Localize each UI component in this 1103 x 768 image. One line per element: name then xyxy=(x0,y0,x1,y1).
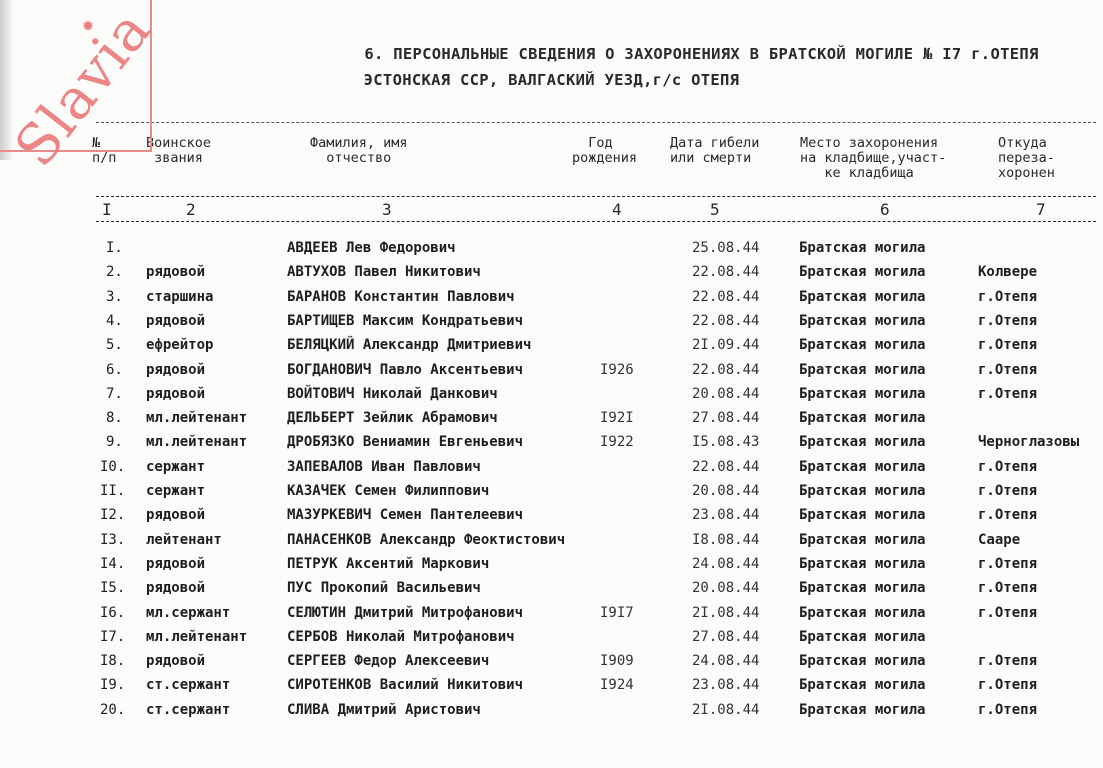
rank-cell: рядовой xyxy=(146,358,205,382)
table-row: 5.ефрейторБЕЛЯЦКИЙ Александр Дмитриевич2… xyxy=(0,333,1103,357)
reburied-from-cell: г.Отепя xyxy=(978,382,1037,406)
full-name-cell: ПАНАСЕНКОВ Александр Феоктистович xyxy=(287,528,565,552)
death-date-cell: 27.08.44 xyxy=(692,625,759,649)
row-number: I0. xyxy=(100,455,125,479)
reburied-from-cell: г.Отепя xyxy=(978,358,1037,382)
rank-cell: мл.лейтенант xyxy=(146,406,247,430)
death-date-cell: 22.08.44 xyxy=(692,455,759,479)
rank-cell: мл.сержант xyxy=(146,601,230,625)
rank-cell: рядовой xyxy=(146,576,205,600)
row-number: II. xyxy=(100,479,125,503)
full-name-cell: ЗАПЕВАЛОВ Иван Павлович xyxy=(287,455,481,479)
table-row: 3.старшинаБАРАНОВ Константин Павлович22.… xyxy=(0,285,1103,309)
reburied-from-cell: г.Отепя xyxy=(978,649,1037,673)
burial-place-cell: Братская могила xyxy=(799,528,925,552)
table-row: 20.ст.сержантСЛИВА Дмитрий Аристович2I.0… xyxy=(0,698,1103,722)
death-date-cell: 2I.08.44 xyxy=(692,698,759,722)
table-row: 2.рядовойАВТУХОВ Павел Никитович22.08.44… xyxy=(0,260,1103,284)
burial-place-cell: Братская могила xyxy=(799,576,925,600)
burial-place-cell: Братская могила xyxy=(799,479,925,503)
row-number: 9. xyxy=(106,430,123,454)
row-number: 6. xyxy=(106,358,123,382)
burial-place-cell: Братская могила xyxy=(799,382,925,406)
column-number-2: 2 xyxy=(186,200,196,219)
burial-place-cell: Братская могила xyxy=(799,625,925,649)
death-date-cell: 22.08.44 xyxy=(692,309,759,333)
row-number: I3. xyxy=(100,528,125,552)
rank-cell: ст.сержант xyxy=(146,673,230,697)
table-row: I8.рядовойСЕРГЕЕВ Федор АлексеевичI90924… xyxy=(0,649,1103,673)
row-number: I9. xyxy=(100,673,125,697)
table-row: I4.рядовойПЕТРУК Аксентий Маркович24.08.… xyxy=(0,552,1103,576)
burial-place-cell: Братская могила xyxy=(799,552,925,576)
birth-year-cell: I909 xyxy=(600,649,634,673)
header-bottom-rule xyxy=(96,221,1096,222)
death-date-cell: 23.08.44 xyxy=(692,673,759,697)
rank-cell: старшина xyxy=(146,285,213,309)
column-number-6: 6 xyxy=(880,200,890,219)
table-row: I2.рядовойМАЗУРКЕВИЧ Семен Пантелеевич23… xyxy=(0,503,1103,527)
rank-cell: ефрейтор xyxy=(146,333,213,357)
burial-place-cell: Братская могила xyxy=(799,503,925,527)
row-number: 20. xyxy=(100,698,125,722)
table-row: 8.мл.лейтенантДЕЛЬБЕРТ Зейлик АбрамовичI… xyxy=(0,406,1103,430)
burial-place-cell: Братская могила xyxy=(799,333,925,357)
burial-place-cell: Братская могила xyxy=(799,455,925,479)
row-number: I. xyxy=(106,236,123,260)
burial-place-cell: Братская могила xyxy=(799,358,925,382)
rank-cell: сержант xyxy=(146,479,205,503)
row-number: I8. xyxy=(100,649,125,673)
full-name-cell: ДЕЛЬБЕРТ Зейлик Абрамович xyxy=(287,406,498,430)
death-date-cell: I8.08.44 xyxy=(692,528,759,552)
burial-place-cell: Братская могила xyxy=(799,601,925,625)
full-name-cell: АВТУХОВ Павел Никитович xyxy=(287,260,481,284)
table-row: I3.лейтенантПАНАСЕНКОВ Александр Феоктис… xyxy=(0,528,1103,552)
burial-place-cell: Братская могила xyxy=(799,430,925,454)
table-row: I.АВДЕЕВ Лев Федорович25.08.44Братская м… xyxy=(0,236,1103,260)
rank-cell: мл.лейтенант xyxy=(146,625,247,649)
death-date-cell: 20.08.44 xyxy=(692,382,759,406)
header-full-name: Фамилия, имя отчество xyxy=(310,136,408,166)
rank-cell: рядовой xyxy=(146,503,205,527)
row-number: 8. xyxy=(106,406,123,430)
death-date-cell: 24.08.44 xyxy=(692,649,759,673)
rank-cell: рядовой xyxy=(146,309,205,333)
table-row: 9.мл.лейтенантДРОБЯЗКО Вениамин Евгеньев… xyxy=(0,430,1103,454)
full-name-cell: СЕРГЕЕВ Федор Алексеевич xyxy=(287,649,489,673)
rank-cell: рядовой xyxy=(146,649,205,673)
watermark-stamp: ✹ Slavia xyxy=(0,0,152,152)
full-name-cell: ПУС Прокопий Васильевич xyxy=(287,576,481,600)
death-date-cell: 27.08.44 xyxy=(692,406,759,430)
rank-cell: ст.сержант xyxy=(146,698,230,722)
row-number: 3. xyxy=(106,285,123,309)
reburied-from-cell: г.Отепя xyxy=(978,455,1037,479)
table-row: II.сержантКАЗАЧЕК Семен Филиппович20.08.… xyxy=(0,479,1103,503)
rank-cell: мл.лейтенант xyxy=(146,430,247,454)
table-row: I6.мл.сержантСЕЛЮТИН Дмитрий Митрофанови… xyxy=(0,601,1103,625)
full-name-cell: СИРОТЕНКОВ Василий Никитович xyxy=(287,673,523,697)
row-number: I2. xyxy=(100,503,125,527)
burial-place-cell: Братская могила xyxy=(799,649,925,673)
burial-place-cell: Братская могила xyxy=(799,673,925,697)
column-number-3: 3 xyxy=(382,200,392,219)
burial-place-cell: Братская могила xyxy=(799,285,925,309)
full-name-cell: БАРАНОВ Константин Павлович xyxy=(287,285,515,309)
reburied-from-cell: г.Отепя xyxy=(978,479,1037,503)
birth-year-cell: I922 xyxy=(600,430,634,454)
row-number: 7. xyxy=(106,382,123,406)
death-date-cell: 22.08.44 xyxy=(692,358,759,382)
reburied-from-cell: г.Отепя xyxy=(978,333,1037,357)
rank-cell: сержант xyxy=(146,455,205,479)
row-number: I5. xyxy=(100,576,125,600)
burial-place-cell: Братская могила xyxy=(799,698,925,722)
death-date-cell: 22.08.44 xyxy=(692,285,759,309)
header-rank: Воинское звания xyxy=(146,136,211,166)
row-number: 2. xyxy=(106,260,123,284)
column-number-5: 5 xyxy=(710,200,720,219)
full-name-cell: БЕЛЯЦКИЙ Александр Дмитриевич xyxy=(287,333,531,357)
death-date-cell: I5.08.43 xyxy=(692,430,759,454)
reburied-from-cell: Черноглазовы xyxy=(978,430,1079,454)
document-title: 6. ПЕРСОНАЛЬНЫЕ СВЕДЕНИЯ О ЗАХОРОНЕНИЯХ … xyxy=(150,45,1103,63)
reburied-from-cell: Сааре xyxy=(978,528,1020,552)
header-reburied-from: Откуда переза- хоронен xyxy=(998,136,1055,181)
death-date-cell: 20.08.44 xyxy=(692,576,759,600)
row-number: 4. xyxy=(106,309,123,333)
reburied-from-cell: г.Отепя xyxy=(978,673,1037,697)
burial-place-cell: Братская могила xyxy=(799,406,925,430)
row-number: I4. xyxy=(100,552,125,576)
row-number: I7. xyxy=(100,625,125,649)
rank-cell: рядовой xyxy=(146,552,205,576)
reburied-from-cell: г.Отепя xyxy=(978,552,1037,576)
full-name-cell: ВОЙТОВИЧ Николай Данкович xyxy=(287,382,498,406)
full-name-cell: СЛИВА Дмитрий Аристович xyxy=(287,698,481,722)
rank-cell: лейтенант xyxy=(146,528,222,552)
full-name-cell: БОГДАНОВИЧ Павло Аксентьевич xyxy=(287,358,523,382)
table-row: 4.рядовойБАРТИЩЕВ Максим Кондратьевич22.… xyxy=(0,309,1103,333)
table-row: I0.сержантЗАПЕВАЛОВ Иван Павлович22.08.4… xyxy=(0,455,1103,479)
reburied-from-cell: г.Отепя xyxy=(978,698,1037,722)
death-date-cell: 20.08.44 xyxy=(692,479,759,503)
full-name-cell: МАЗУРКЕВИЧ Семен Пантелеевич xyxy=(287,503,523,527)
death-date-cell: 24.08.44 xyxy=(692,552,759,576)
table-row: I5.рядовойПУС Прокопий Васильевич20.08.4… xyxy=(0,576,1103,600)
reburied-from-cell: Колвере xyxy=(978,260,1037,284)
rank-cell: рядовой xyxy=(146,260,205,284)
header-top-rule xyxy=(96,122,1096,123)
header-middle-rule xyxy=(96,196,1096,197)
row-number: 5. xyxy=(106,333,123,357)
death-date-cell: 25.08.44 xyxy=(692,236,759,260)
row-number: I6. xyxy=(100,601,125,625)
death-date-cell: 22.08.44 xyxy=(692,260,759,284)
reburied-from-cell: г.Отепя xyxy=(978,503,1037,527)
death-date-cell: 23.08.44 xyxy=(692,503,759,527)
reburied-from-cell: г.Отепя xyxy=(978,576,1037,600)
full-name-cell: АВДЕЕВ Лев Федорович xyxy=(287,236,456,260)
column-number-7: 7 xyxy=(1036,200,1046,219)
table-row: 7.рядовойВОЙТОВИЧ Николай Данкович20.08.… xyxy=(0,382,1103,406)
birth-year-cell: I92I xyxy=(600,406,634,430)
burial-place-cell: Братская могила xyxy=(799,309,925,333)
full-name-cell: ПЕТРУК Аксентий Маркович xyxy=(287,552,489,576)
table-row: I9.ст.сержантСИРОТЕНКОВ Василий Никитови… xyxy=(0,673,1103,697)
birth-year-cell: I9I7 xyxy=(600,601,634,625)
birth-year-cell: I924 xyxy=(600,673,634,697)
burial-place-cell: Братская могила xyxy=(799,260,925,284)
document-subtitle: ЭСТОНСКАЯ ССР, ВАЛГАСКИЙ УЕЗД,г/с ОТЕПЯ xyxy=(0,71,1103,89)
full-name-cell: ДРОБЯЗКО Вениамин Евгеньевич xyxy=(287,430,523,454)
header-birth-year: Год рождения xyxy=(572,136,637,166)
header-death-date: Дата гибели или смерти xyxy=(670,136,759,166)
rank-cell: рядовой xyxy=(146,382,205,406)
table-row: 6.рядовойБОГДАНОВИЧ Павло АксентьевичI92… xyxy=(0,358,1103,382)
table-row: I7.мл.лейтенантСЕРБОВ Николай Митрофанов… xyxy=(0,625,1103,649)
reburied-from-cell: г.Отепя xyxy=(978,309,1037,333)
full-name-cell: КАЗАЧЕК Семен Филиппович xyxy=(287,479,489,503)
header-burial-place: Место захоронения на кладбище,участ- ке … xyxy=(800,136,946,181)
column-number-4: 4 xyxy=(612,200,622,219)
burial-place-cell: Братская могила xyxy=(799,236,925,260)
full-name-cell: БАРТИЩЕВ Максим Кондратьевич xyxy=(287,309,523,333)
full-name-cell: СЕРБОВ Николай Митрофанович xyxy=(287,625,515,649)
column-number-1: I xyxy=(102,200,112,219)
full-name-cell: СЕЛЮТИН Дмитрий Митрофанович xyxy=(287,601,523,625)
birth-year-cell: I926 xyxy=(600,358,634,382)
reburied-from-cell: г.Отепя xyxy=(978,285,1037,309)
death-date-cell: 2I.08.44 xyxy=(692,601,759,625)
reburied-from-cell: г.Отепя xyxy=(978,601,1037,625)
death-date-cell: 2I.09.44 xyxy=(692,333,759,357)
